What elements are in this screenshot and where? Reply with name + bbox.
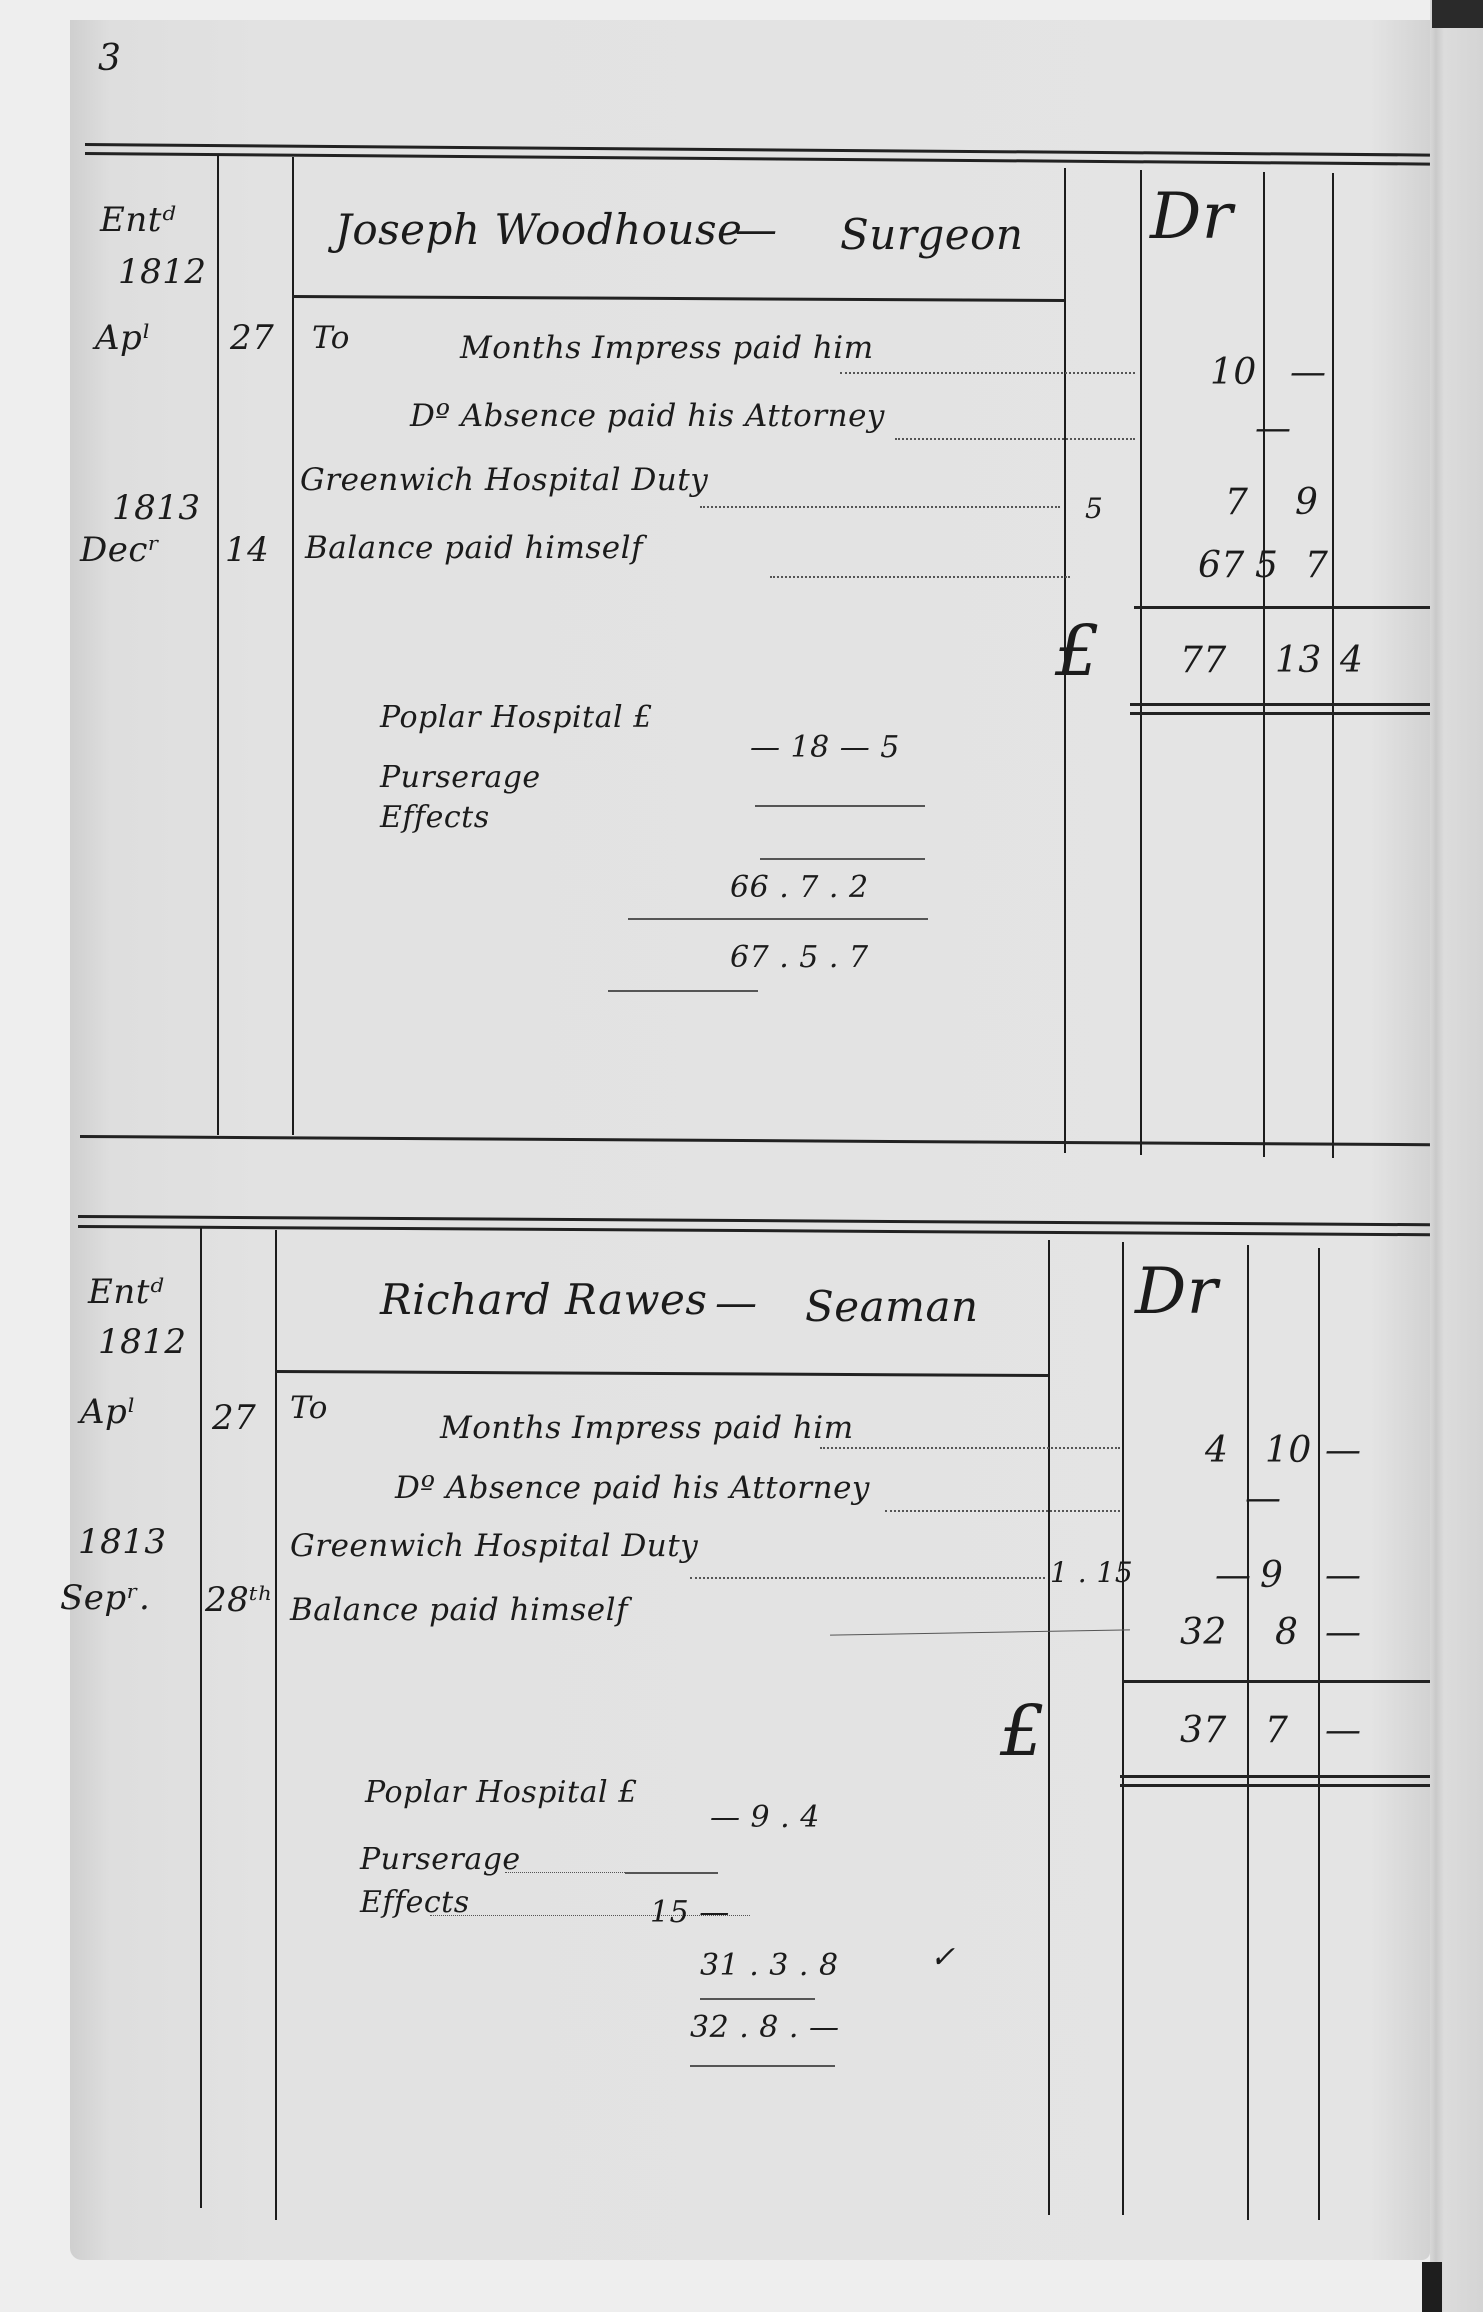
amount-shillings: — [1290, 352, 1327, 393]
second-year: 1813 [78, 1522, 167, 1562]
subtotal-rule [1122, 1680, 1430, 1683]
account-name: Richard Rawes [380, 1275, 707, 1324]
column-rule-shillings [1263, 172, 1265, 1157]
column-rule-pounds [1122, 1242, 1124, 2215]
entry-year: 1812 [118, 252, 207, 292]
column-rule-month [200, 1228, 202, 2208]
total-pence: — [1325, 1710, 1362, 1751]
sum-rule [700, 1998, 815, 2000]
second-day: 28ᵗʰ [205, 1580, 273, 1620]
account-rank: Seaman [805, 1282, 979, 1331]
entry-month: Apˡ [95, 318, 151, 358]
note-sum-2: 67 . 5 . 7 [730, 940, 869, 975]
amount-pence: — [1325, 1612, 1362, 1653]
purserage-dash [755, 805, 925, 807]
note-poplar-value: — 9 . 4 [710, 1800, 820, 1835]
column-rule-month [217, 155, 219, 1135]
column-rule-shillings [1247, 1245, 1249, 2220]
column-rule-day [275, 1230, 277, 2220]
note-poplar-label: Poplar Hospital £ [365, 1775, 638, 1810]
sum-rule [628, 918, 928, 920]
note-sum-1: 66 . 7 . 2 [730, 870, 869, 905]
note-poplar-label: Poplar Hospital £ [380, 700, 653, 735]
amount-pounds: 4 [1205, 1430, 1228, 1471]
line-item-balance: Balance paid himself [290, 1592, 628, 1628]
line-item-impress: Months Impress paid him [440, 1410, 854, 1446]
leader-dots [770, 576, 1070, 578]
amount-shillings: — [1255, 408, 1292, 449]
total-pounds: 37 [1180, 1710, 1227, 1751]
amount-shillings: 7 [1225, 482, 1248, 523]
binding-shadow-top [1432, 0, 1483, 28]
sum-rule [690, 2065, 835, 2067]
column-rule-pence [1318, 1248, 1320, 2220]
entered-label: Entᵈ [100, 200, 176, 240]
debit-header: Dr [1150, 180, 1233, 254]
note-sum-1: 31 . 3 . 8 [700, 1948, 839, 1983]
amount-side: 1 . 15 [1050, 1556, 1133, 1589]
line-item-absence: Dº Absence paid his Attorney [410, 398, 885, 434]
line-item-greenwich: Greenwich Hospital Duty [300, 462, 708, 498]
amount-shillings: 8 [1275, 1612, 1298, 1653]
total-shillings: 13 [1275, 640, 1322, 681]
note-sum-2: 32 . 8 . — [690, 2010, 839, 2045]
column-rule-side [1048, 1240, 1050, 2215]
subtotal-rule [1134, 606, 1430, 609]
amount-pence: — [1325, 1555, 1362, 1596]
check-mark-icon: ✓ [930, 1940, 956, 1975]
line-item-balance: Balance paid himself [305, 530, 643, 566]
entered-label: Entᵈ [88, 1272, 164, 1312]
line-item-absence: Dº Absence paid his Attorney [395, 1470, 870, 1506]
entry-year: 1812 [98, 1322, 187, 1362]
book-binding [1430, 0, 1483, 2312]
line-item-greenwich: Greenwich Hospital Duty [290, 1528, 698, 1564]
amount-pounds: 32 [1180, 1612, 1227, 1653]
pound-symbol: £ [1000, 1690, 1045, 1772]
second-year: 1813 [112, 488, 201, 528]
amount-side: 5 [1085, 492, 1103, 525]
second-month: Sepʳ. [60, 1578, 150, 1618]
entry-month: Apˡ [80, 1392, 136, 1432]
entry-day: 27 [230, 318, 274, 358]
leader-dots [840, 372, 1135, 374]
leader-dots [820, 1447, 1120, 1449]
purserage-dash [625, 1872, 718, 1874]
amount-shillings: 5 [1255, 545, 1278, 586]
name-dash: — [735, 205, 778, 254]
sum-rule [608, 990, 758, 992]
amount-pounds: 67 [1198, 545, 1245, 586]
total-pence: 4 [1340, 640, 1363, 681]
line-prefix-to: To [312, 320, 350, 356]
total-pounds: 77 [1180, 640, 1227, 681]
sum-rule [760, 858, 925, 860]
amount-pence: 7 [1305, 545, 1328, 586]
leader-dots [700, 506, 1060, 508]
debit-header: Dr [1135, 1255, 1218, 1329]
total-double-rule [1130, 703, 1430, 706]
total-double-rule [1120, 1775, 1430, 1778]
leader-dots [895, 438, 1135, 440]
column-rule-day [292, 157, 294, 1135]
leader-dots [690, 1577, 1045, 1579]
amount-shillings: 10 [1265, 1430, 1312, 1471]
binding-shadow-bottom [1422, 2262, 1442, 2312]
leader-dots [885, 1510, 1120, 1512]
entry-day: 27 [212, 1398, 256, 1438]
column-rule-pounds [1140, 170, 1142, 1155]
note-effects-label: Effects [380, 800, 490, 835]
note-effects-value: 15 — [650, 1895, 730, 1930]
note-purserage-label: Purserage [380, 760, 541, 795]
amount-pence: 9 [1295, 482, 1318, 523]
note-purserage-label: Purserage [360, 1842, 521, 1877]
account-rank: Surgeon [840, 210, 1023, 259]
page-number: 3 [98, 38, 121, 79]
name-dash: — [715, 1278, 758, 1327]
note-poplar-value: — 18 — 5 [750, 730, 900, 765]
second-day: 14 [225, 530, 269, 570]
amount-shillings: — [1245, 1478, 1282, 1519]
pound-symbol: £ [1055, 610, 1100, 692]
account-name: Joseph Woodhouse [335, 205, 742, 254]
total-double-rule [1130, 712, 1430, 715]
second-month: Decʳ [80, 530, 160, 570]
line-prefix-to: To [290, 1390, 328, 1426]
amount-pounds: — [1215, 1555, 1252, 1596]
total-shillings: 7 [1265, 1710, 1288, 1751]
amount-shillings: 9 [1260, 1555, 1283, 1596]
line-item-impress: Months Impress paid him [460, 330, 874, 366]
total-double-rule [1120, 1784, 1430, 1787]
column-rule-pence [1332, 173, 1334, 1158]
amount-pounds: 10 [1210, 352, 1257, 393]
amount-pence: — [1325, 1430, 1362, 1471]
